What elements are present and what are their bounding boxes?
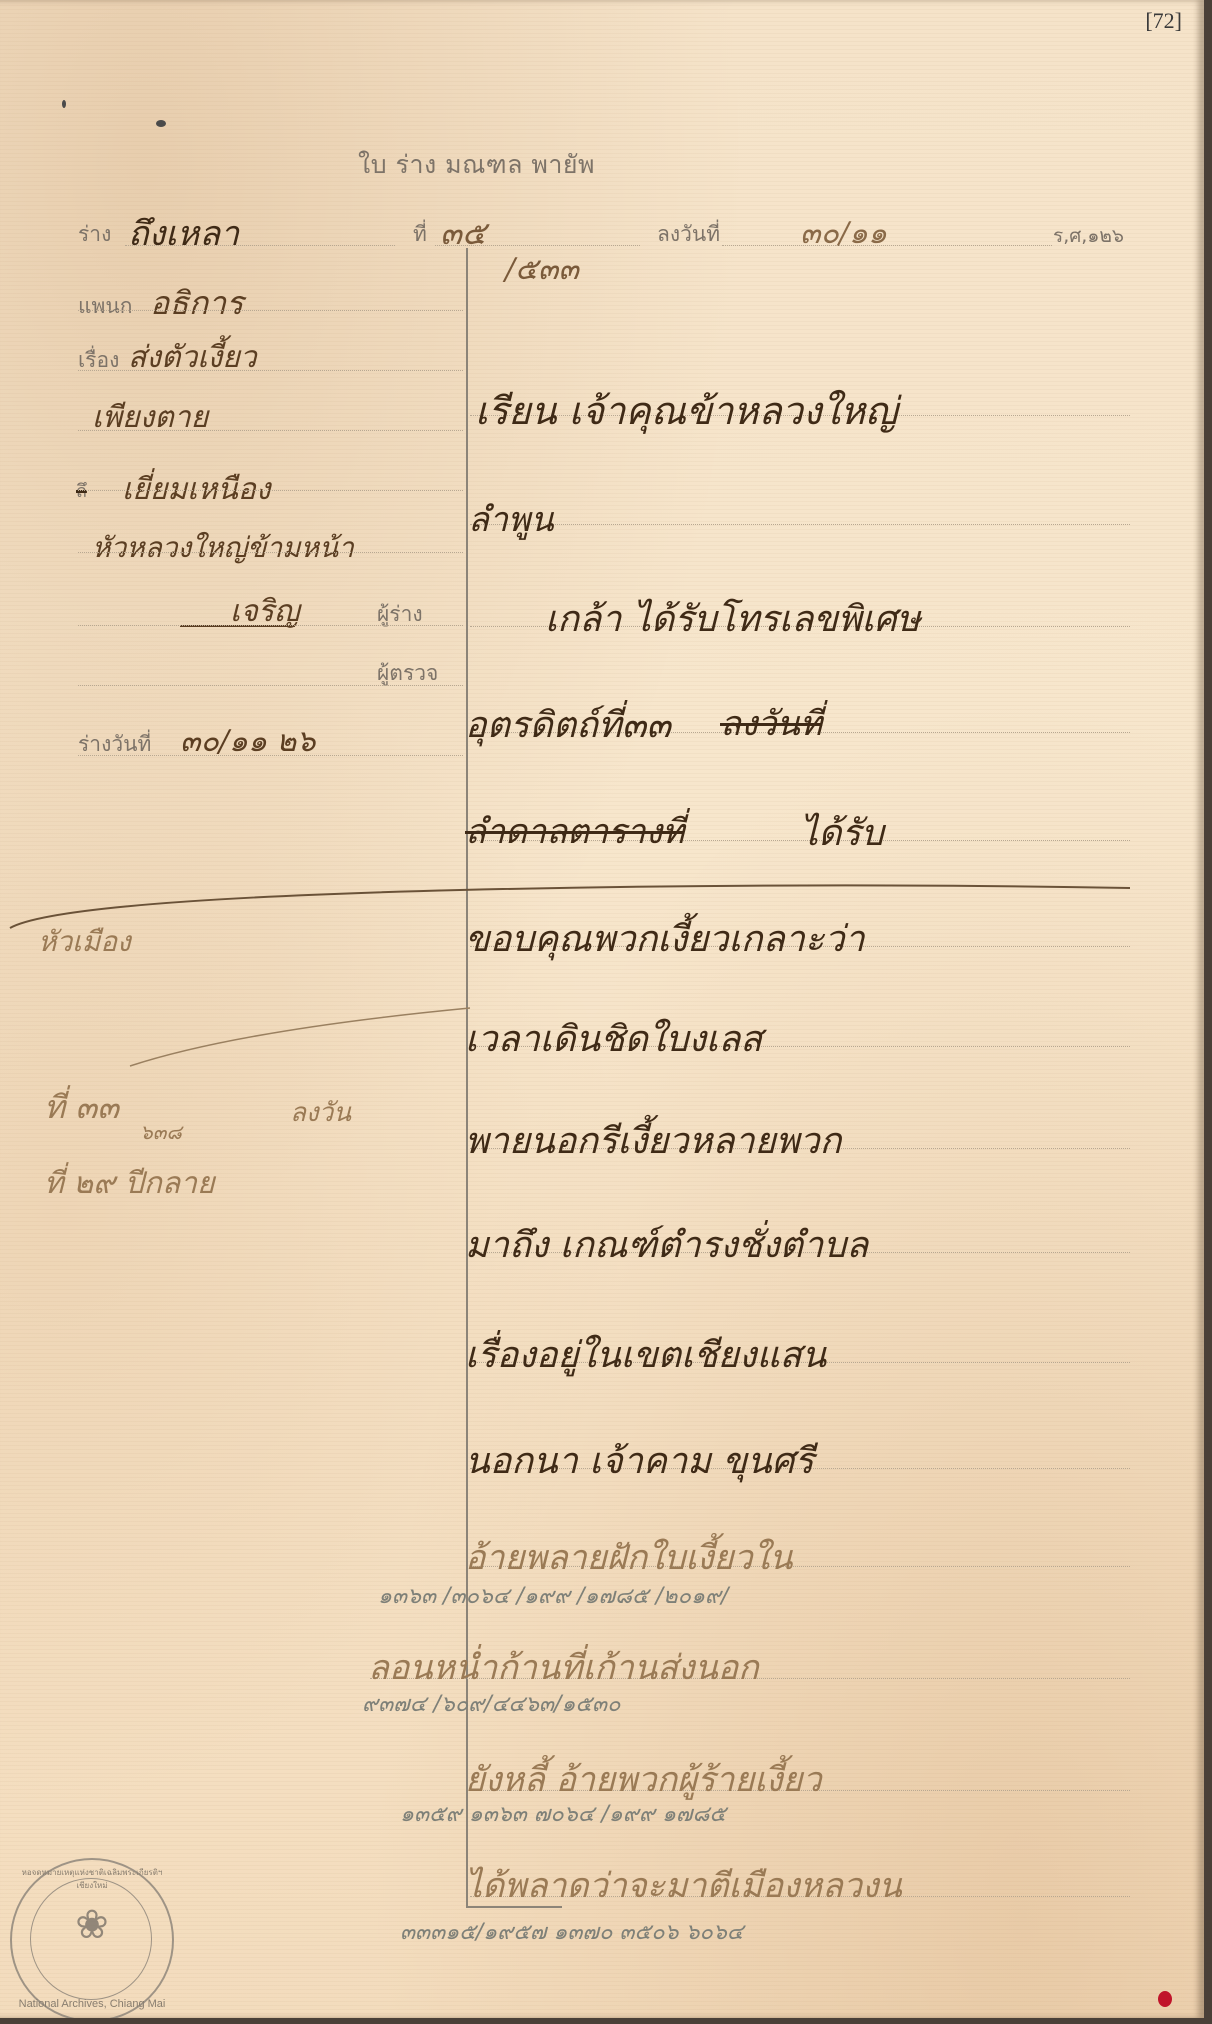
draft-date-label: ร่างวันที่	[78, 728, 151, 761]
subject-label: เรื่อง	[78, 344, 119, 377]
ganesha-emblem-icon: ❀	[12, 1902, 172, 1948]
rule-line	[78, 370, 463, 371]
draft-date-value: ๓๐/๑๑ ๒๖	[180, 718, 315, 765]
page-edge-right	[1204, 0, 1212, 2024]
rule-line	[78, 755, 463, 756]
rule-line	[722, 245, 1052, 246]
number-value: ๓๕	[440, 208, 486, 259]
date-value: ๓๐/๑๑	[800, 210, 887, 257]
pencil-code: ๑๓๕๙ ๑๓๖๓ ๗๐๖๔ /๑๙๙ ๑๗๘๕	[400, 1796, 726, 1831]
body-line: ลำพูน	[468, 492, 554, 546]
date-label: ลงวันที่	[657, 218, 720, 251]
subject-line: ส่งตัวเงี้ยว	[128, 334, 257, 381]
red-seal-mark	[1158, 1991, 1172, 2007]
department-value: อธิการ	[150, 278, 243, 329]
body-line: เวลาเดินชิดใบงเลส	[465, 1010, 762, 1067]
ink-spot	[62, 100, 66, 108]
rule-line	[78, 490, 463, 491]
era-label: ร,ศ,๑๒๖	[1053, 221, 1124, 251]
subject-line: เพียงตาย	[92, 394, 208, 441]
margin-note-sub: ๖๓๘	[140, 1116, 182, 1148]
body-line: มาถึง เกณฑ์ตำรงชั่งตำบล	[465, 1216, 868, 1273]
number-annotation: /๕๓๓	[505, 246, 579, 293]
body-line: เรื่องอยู่ในเขตเชียงแสน	[465, 1326, 826, 1383]
drafter-label: ผู้ร่าง	[377, 598, 423, 631]
body-line: อุตรดิตถ์ที่๓๓	[465, 696, 671, 753]
margin-note: ลงวัน	[290, 1092, 351, 1133]
form-title: ใบ ร่าง มณฑล พายัพ	[358, 145, 595, 185]
rule-line	[78, 430, 463, 431]
body-line: พายนอกรีเงี้ยวหลายพวก	[465, 1112, 841, 1169]
department-label: แพนก	[78, 290, 132, 323]
margin-note: ที่ ๓๓	[44, 1082, 119, 1133]
pencil-code: ๙๓๗๔ /๖๐๙/๔๔๖๓/๑๕๓๐	[362, 1686, 620, 1721]
body-line: ขอบคุณพวกเงี้ยวเกลาะว่า	[465, 910, 865, 967]
margin-note: ที่ ๒๙ ปีกลาย	[44, 1160, 215, 1207]
body-line: ได้พลาดว่าจะมาตีเมืองหลวงน	[465, 1858, 902, 1912]
rule-line	[470, 524, 1130, 525]
rule-line	[125, 245, 395, 246]
number-label: ที่	[413, 218, 427, 251]
margin-note: หัวเมือง	[38, 920, 131, 964]
body-line: เรียน เจ้าคุณข้าหลวงใหญ่	[475, 380, 898, 441]
document-page: [72] ใบ ร่าง มณฑล พายัพ ร่าง ถึงเหลา ที่…	[0, 0, 1204, 2018]
body-line: นอกนา เจ้าคาม ขุนศรี	[465, 1432, 814, 1489]
drafter-signature: เจริญ	[230, 588, 300, 635]
margin-curve-line	[120, 1000, 480, 1070]
body-line: ได้รับ	[800, 804, 884, 861]
body-line: เกล้า ได้รับโทรเลขพิเศษ	[545, 590, 921, 647]
page-edge-bottom	[0, 2018, 1212, 2024]
rule-line	[435, 245, 640, 246]
ink-spot	[156, 120, 166, 127]
archive-stamp: หอจดหมายเหตุแห่งชาติเฉลิมพระเกียรติฯ เชี…	[10, 1858, 174, 2022]
pencil-code: ๑๓๖๓ /๓๐๖๔ /๑๙๙ /๑๗๘๕ /๒๐๑๙/	[378, 1578, 728, 1613]
folio-number: [72]	[1145, 8, 1182, 34]
draft-value: ถึงเหลา	[128, 206, 239, 260]
pencil-code: ๓๓๓๑๕/๑๙๕๗ ๑๓๗๐ ๓๕๐๖ ๖๐๖๔	[400, 1914, 743, 1949]
body-line: อ้ายพลายฝักใบเงี้ยวใน	[465, 1530, 792, 1584]
rule-line	[78, 310, 463, 311]
subject-line: หัวหลวงใหญ่ข้ามหน้า	[92, 526, 354, 570]
rule-line	[78, 685, 463, 686]
stamp-english-text: National Archives, Chiang Mai	[12, 1998, 172, 2010]
draft-label: ร่าง	[78, 218, 111, 251]
rule-line	[78, 552, 463, 553]
body-struck-text: ลงวันที่	[720, 696, 822, 750]
body-struck-text: ลำดาลตารางที่	[465, 804, 684, 858]
rule-line	[78, 625, 463, 626]
